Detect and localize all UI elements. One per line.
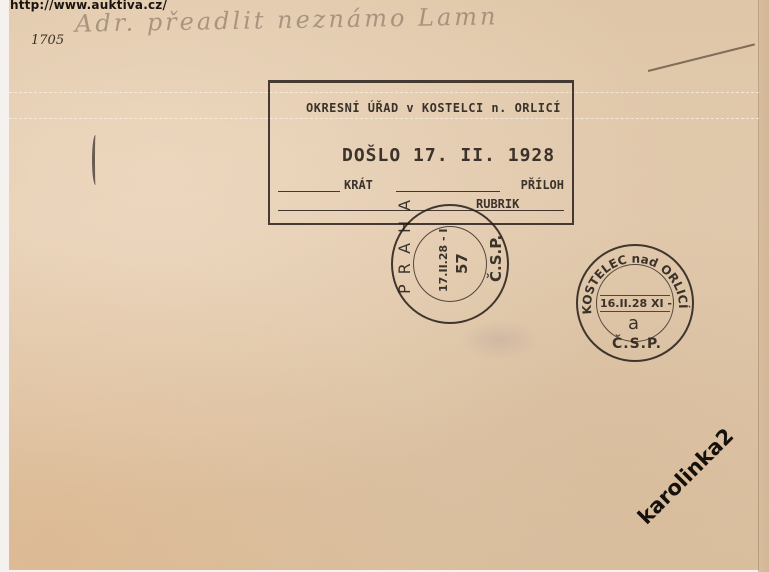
inventory-number: 1705 (31, 33, 64, 48)
postmark-date: 17.II.28 - I (437, 229, 450, 292)
ink-mark (92, 135, 99, 185)
postmark-inner-ring (413, 226, 487, 302)
receipt-stamp: OKRESNÍ ÚŘAD v KOSTELCI n. ORLICÍ DOŠLO … (268, 80, 574, 225)
stamp-received: DOŠLO 17. II. 1928 (342, 145, 555, 166)
postmark-kostelec: KOSTELEC nad ORLICÍ 16.II.28 XI - a Č.S.… (576, 244, 694, 362)
postmark-country: Č.S.P. (612, 336, 662, 352)
received-date: 17. II. 1928 (413, 145, 555, 166)
postmark-number: 57 (453, 253, 471, 274)
received-label: DOŠLO (342, 145, 401, 166)
stamp-rule (278, 191, 340, 192)
fold-edge-vertical (758, 0, 759, 572)
rubric-label: RUBRIK (476, 197, 519, 211)
postmark-praha: PRAHA 17.II.28 - I 57 Č.S.P. (391, 204, 509, 324)
times-label: KRÁT (344, 178, 373, 192)
postmark-letter: a (628, 313, 639, 334)
postmark-country: Č.S.P. (487, 235, 505, 282)
faint-stamp-residue (460, 320, 540, 360)
postmark-date: 16.II.28 XI - (600, 295, 670, 312)
stamp-fields-row: KRÁT PŘÍLOH (278, 178, 564, 196)
attachments-label: PŘÍLOH (521, 178, 564, 192)
envelope-right-edge (759, 0, 769, 572)
postmark-city: PRAHA (395, 190, 414, 294)
stamp-office-name: OKRESNÍ ÚŘAD v KOSTELCI n. ORLICÍ (306, 101, 561, 115)
